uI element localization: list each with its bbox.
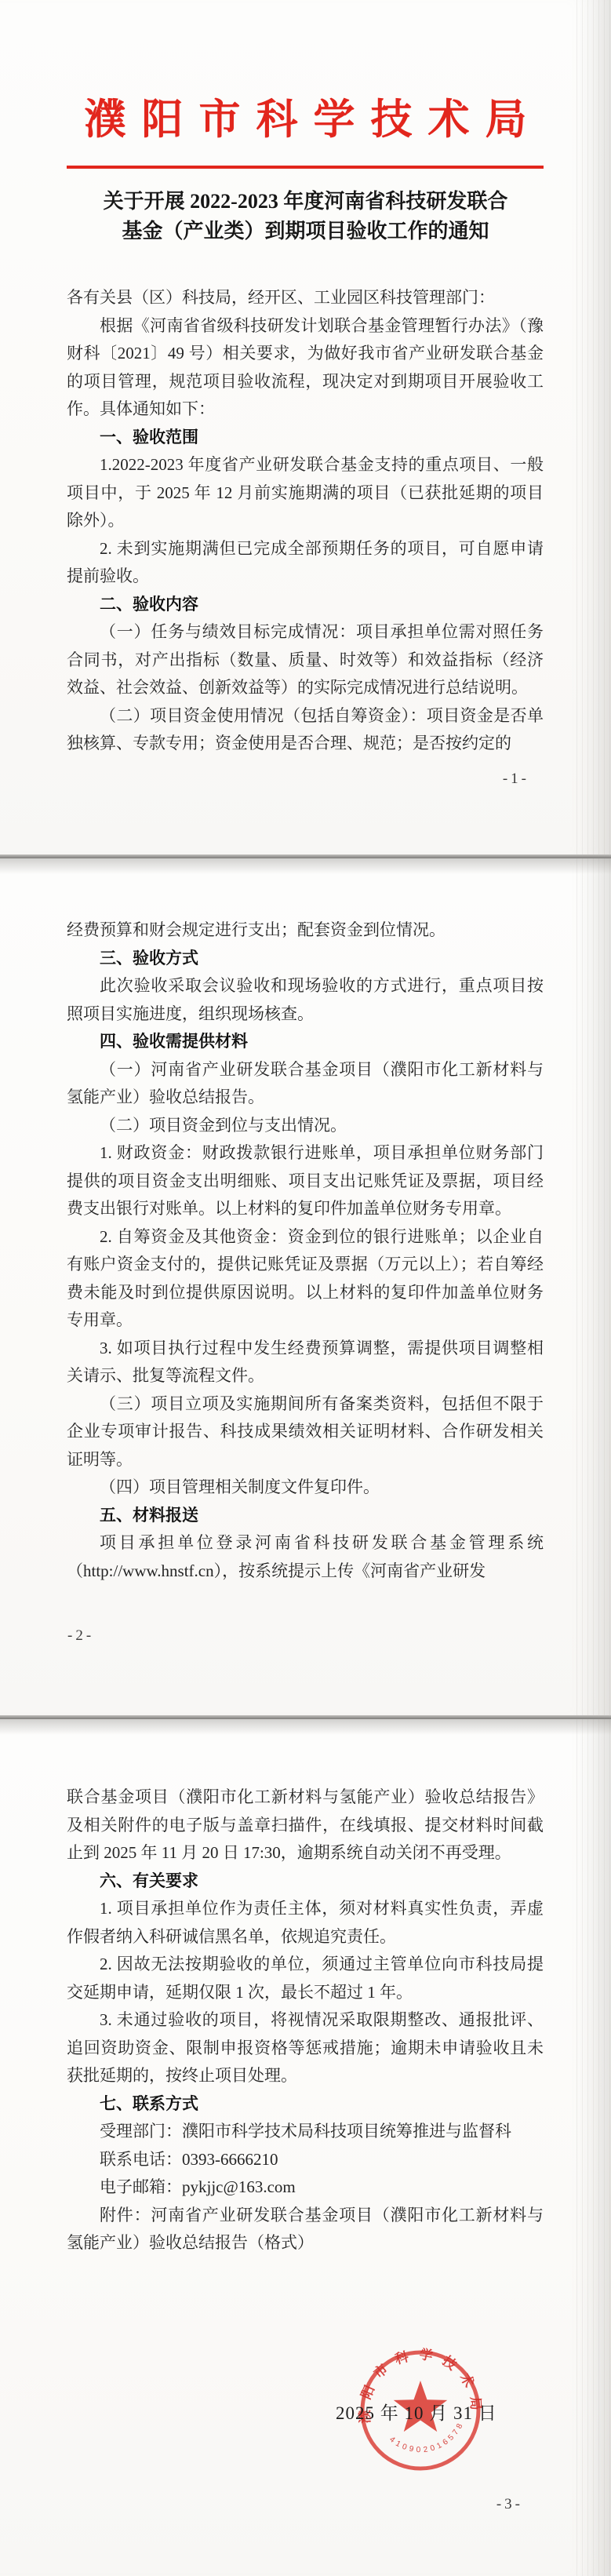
section-heading-5: 五、材料报送 bbox=[67, 1502, 544, 1530]
paragraph: 3. 未通过验收的项目，将视情况采取限期整改、通报批评、追回资助资金、限制申报资… bbox=[67, 2006, 544, 2090]
paragraph: 经费预算和财会规定进行支出；配套资金到位情况。 bbox=[67, 916, 544, 945]
paragraph: 1. 项目承担单位作为责任主体，须对材料真实性负责，弄虚作假者纳入科研诚信黑名单… bbox=[67, 1895, 544, 1951]
section-heading-1: 一、验收范围 bbox=[67, 424, 544, 452]
paragraph: （一）任务与绩效目标完成情况：项目承担单位需对照任务合同书，对产出指标（数量、质… bbox=[67, 618, 544, 702]
page-break bbox=[0, 1715, 611, 1735]
issue-date: 2025 年 10 月 31 日 bbox=[336, 2399, 497, 2425]
title-line-2: 基金（产业类）到期项目验收工作的通知 bbox=[0, 217, 611, 246]
section-heading-7: 七、联系方式 bbox=[67, 2090, 544, 2119]
page-number-2: -2- bbox=[67, 1627, 94, 1645]
section-heading-4: 四、验收需提供材料 bbox=[67, 1028, 544, 1056]
contact-phone: 联系电话：0393-6666210 bbox=[67, 2146, 544, 2174]
paragraph: 2. 因故无法按期验收的单位，须通过主管单位向市科技局提交延期申请，延期仅限 1… bbox=[67, 1951, 544, 2006]
page-3: 联合基金项目（濮阳市化工新材料与氢能产业）验收总结报告》及相关附件的电子版与盖章… bbox=[0, 1719, 611, 2576]
section-heading-3: 三、验收方式 bbox=[67, 945, 544, 973]
paragraph: （一）河南省产业研发联合基金项目（濮阳市化工新材料与氢能产业）验收总结报告。 bbox=[67, 1056, 544, 1112]
page-edge-shadow bbox=[0, 858, 611, 874]
scanned-document: 濮阳市科学技术局 关于开展 2022-2023 年度河南省科技研发联合 基金（产… bbox=[0, 0, 611, 2576]
contact-department: 受理部门：濮阳市科学技术局科技项目统筹推进与监督科 bbox=[67, 2118, 544, 2146]
page-3-body: 联合基金项目（濮阳市化工新材料与氢能产业）验收总结报告》及相关附件的电子版与盖章… bbox=[67, 1784, 544, 2257]
page-break bbox=[0, 854, 611, 874]
paragraph: 联合基金项目（濮阳市化工新材料与氢能产业）验收总结报告》及相关附件的电子版与盖章… bbox=[67, 1784, 544, 1867]
paragraph: （二）项目资金使用情况（包括自筹资金）：项目资金是否单独核算、专款专用；资金使用… bbox=[67, 702, 544, 758]
page-edge-shadow bbox=[0, 1719, 611, 1735]
paragraph: 项目承担单位登录河南省科技研发联合基金管理系统（http://www.hnstf… bbox=[67, 1529, 544, 1585]
paragraph: 1.2022-2023 年度省产业研发联合基金支持的重点项目、一般项目中，于 2… bbox=[67, 451, 544, 535]
section-heading-6: 六、有关要求 bbox=[67, 1867, 544, 1896]
paragraph: （二）项目资金到位与支出情况。 bbox=[67, 1112, 544, 1140]
document-title: 关于开展 2022-2023 年度河南省科技研发联合 基金（产业类）到期项目验收… bbox=[0, 187, 611, 246]
agency-header: 濮阳市科学技术局 bbox=[0, 86, 611, 146]
paragraph: 3. 如项目执行过程中发生经费预算调整，需提供项目调整相关请示、批复等流程文件。 bbox=[67, 1335, 544, 1390]
page-number-1: -1- bbox=[503, 771, 529, 788]
contact-email: 电子邮箱：pykjjc@163.com bbox=[67, 2173, 544, 2202]
paragraph: （三）项目立项及实施期间所有备案类资料，包括但不限于企业专项审计报告、科技成果绩… bbox=[67, 1390, 544, 1474]
paragraph: 2. 自筹资金及其他资金：资金到位的银行进账单；以企业自有账户资金支付的，提供记… bbox=[67, 1223, 544, 1335]
page-1-body: 各有关县（区）科技局，经开区、工业园区科技管理部门： 根据《河南省省级科技研发计… bbox=[67, 284, 544, 758]
page-2-body: 经费预算和财会规定进行支出；配套资金到位情况。 三、验收方式 此次验收采取会议验… bbox=[67, 916, 544, 1585]
paragraph: 根据《河南省省级科技研发计划联合基金管理暂行办法》（豫财科〔2021〕49 号）… bbox=[67, 312, 544, 424]
section-heading-2: 二、验收内容 bbox=[67, 591, 544, 619]
salutation: 各有关县（区）科技局，经开区、工业园区科技管理部门： bbox=[67, 284, 544, 312]
red-divider-line bbox=[67, 166, 544, 169]
paragraph: 1. 财政资金：财政拨款银行进账单，项目承担单位财务部门提供的项目资金支出明细账… bbox=[67, 1139, 544, 1223]
paragraph: 2. 未到实施期满但已完成全部预期任务的项目，可自愿申请提前验收。 bbox=[67, 535, 544, 591]
page-1: 濮阳市科学技术局 关于开展 2022-2023 年度河南省科技研发联合 基金（产… bbox=[0, 0, 611, 854]
page-number-3: -3- bbox=[496, 2496, 523, 2513]
paragraph: （四）项目管理相关制度文件复印件。 bbox=[67, 1474, 544, 1502]
page-2: 经费预算和财会规定进行支出；配套资金到位情况。 三、验收方式 此次验收采取会议验… bbox=[0, 858, 611, 1715]
attachment-note: 附件：河南省产业研发联合基金项目（濮阳市化工新材料与氢能产业）验收总结报告（格式… bbox=[67, 2202, 544, 2257]
paragraph: 此次验收采取会议验收和现场验收的方式进行，重点项目按照项目实施进度，组织现场核查… bbox=[67, 972, 544, 1028]
title-line-1: 关于开展 2022-2023 年度河南省科技研发联合 bbox=[0, 187, 611, 217]
